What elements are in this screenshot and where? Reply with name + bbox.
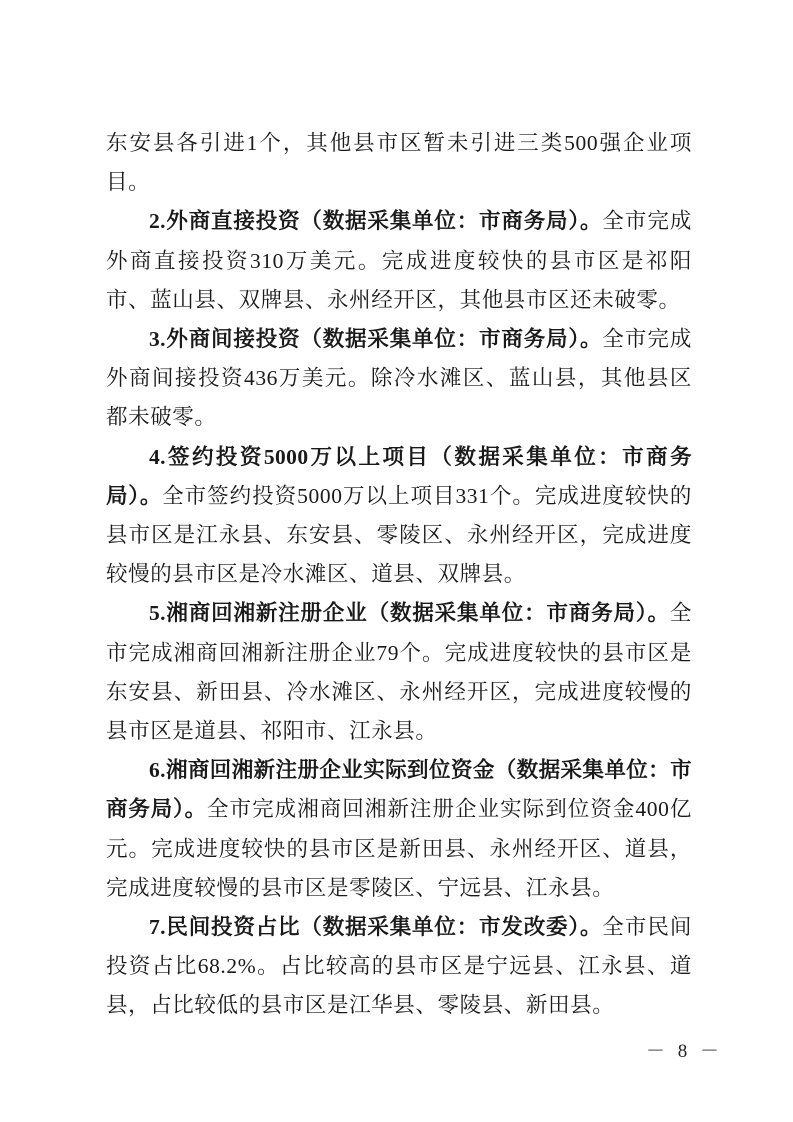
paragraph-private-investment: 7.民间投资占比（数据采集单位：市发改委）。全市民间投资占比68.2%。占比较高… [106,908,692,1026]
paragraph-heading: 2.外商直接投资（数据采集单位：市商务局）。 [149,209,602,233]
paragraph-foreign-indirect-investment: 3.外商间接投资（数据采集单位：市商务局）。全市完成外商间接投资436万美元。除… [106,320,692,438]
paragraph-body: 东安县各引进1个，其他县市区暂未引进三类500强企业项目。 [106,131,692,194]
paragraph-heading: 5.湘商回湘新注册企业（数据采集单位：市商务局）。 [149,601,670,625]
paragraph-continuation: 东安县各引进1个，其他县市区暂未引进三类500强企业项目。 [106,124,692,202]
paragraph-heading: 7.民间投资占比（数据采集单位：市发改委）。 [149,915,602,939]
paragraph-signed-projects: 4.签约投资5000万以上项目（数据采集单位：市商务局）。全市签约投资5000万… [106,438,692,595]
document-page: 东安县各引进1个，其他县市区暂未引进三类500强企业项目。 2.外商直接投资（数… [106,124,692,1026]
paragraph-actual-funds: 6.湘商回湘新注册企业实际到位资金（数据采集单位：市商务局）。全市完成湘商回湘新… [106,751,692,908]
page-number: － 8 － [646,1036,723,1063]
paragraph-heading: 3.外商间接投资（数据采集单位：市商务局）。 [149,327,602,351]
paragraph-new-registered-enterprises: 5.湘商回湘新注册企业（数据采集单位：市商务局）。全市完成湘商回湘新注册企业79… [106,594,692,751]
paragraph-foreign-direct-investment: 2.外商直接投资（数据采集单位：市商务局）。全市完成外商直接投资310万美元。完… [106,202,692,320]
paragraph-body: 全市签约投资5000万以上项目331个。完成进度较快的县市区是江永县、东安县、零… [106,484,692,586]
